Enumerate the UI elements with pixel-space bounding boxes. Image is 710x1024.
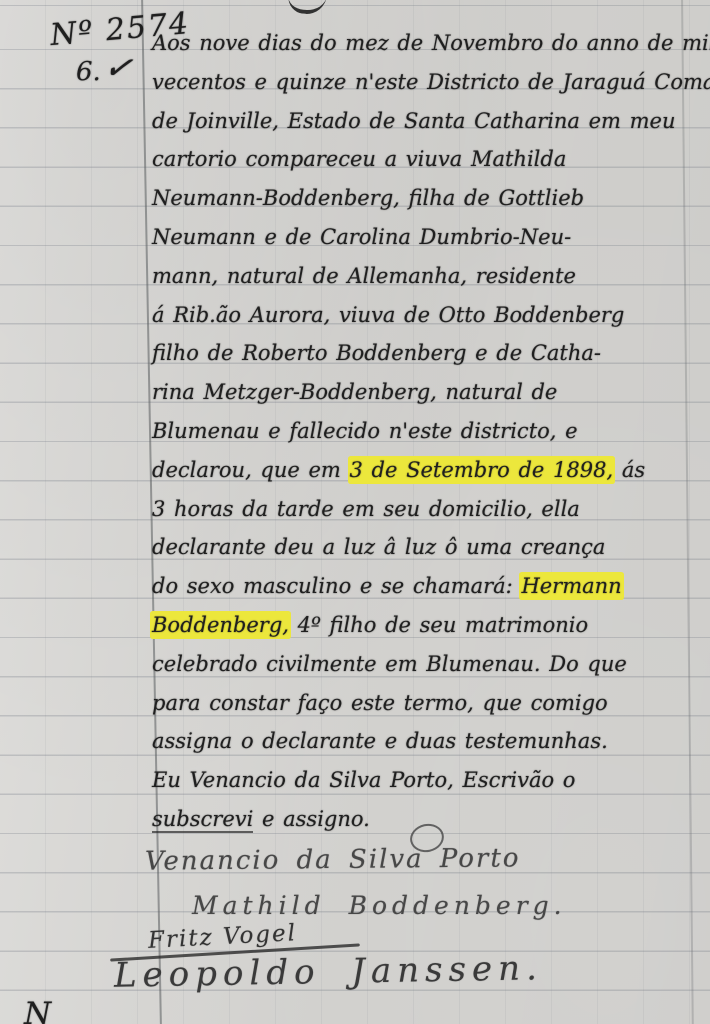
manuscript-line: Blumenau e fallecido n'este districto, e xyxy=(152,414,708,453)
manuscript-text: ás xyxy=(613,458,645,482)
manuscript-line: Neumann-Boddenberg, filha de Gottlieb xyxy=(152,181,708,220)
manuscript-text: 4º filho de seu matrimonio xyxy=(289,613,588,637)
manuscript-line: 3 horas da tarde em seu domicilio, ella xyxy=(152,492,708,531)
signature-leopoldo-janssen: Leopoldo Janssen. xyxy=(114,948,543,995)
signature-venancio-da-silva-porto: Venancio da Silva Porto xyxy=(145,843,521,876)
manuscript-line: Neumann e de Carolina Dumbrio-Neu- xyxy=(152,220,708,259)
manuscript-text: para constar faço este termo, que comigo xyxy=(152,691,608,715)
checkmark-icon: ✓ xyxy=(101,46,135,90)
manuscript-line: declarante deu a luz â luz ô uma creança xyxy=(152,530,708,569)
manuscript-line: cartorio compareceu a viuva Mathilda xyxy=(152,142,708,181)
manuscript-text: rina Metzger-Boddenberg, natural de xyxy=(152,380,557,404)
manuscript-text: celebrado civilmente em Blumenau. Do que xyxy=(152,652,627,676)
manuscript-text: declarante deu a luz â luz ô uma creança xyxy=(152,535,605,559)
register-page-scan: Nº 2574 6. ✓ Aos nove dias do mez de Nov… xyxy=(0,0,710,1024)
manuscript-text: subscrevi xyxy=(152,807,253,833)
manuscript-text: filho de Roberto Boddenberg e de Catha- xyxy=(152,341,601,365)
manuscript-text: de Joinville, Estado de Santa Catharina … xyxy=(152,109,676,133)
manuscript-line: do sexo masculino e se chamará: Hermann xyxy=(152,569,708,608)
manuscript-text: mann, natural de Allemanha, residente xyxy=(152,264,576,288)
manuscript-text: declarou, que em xyxy=(152,458,350,482)
manuscript-lines: Aos nove dias do mez de Novembro do anno… xyxy=(152,26,708,841)
margin-note: 6. xyxy=(76,57,101,87)
manuscript-text: do sexo masculino e se chamará: xyxy=(152,574,521,598)
manuscript-line: celebrado civilmente em Blumenau. Do que xyxy=(152,647,708,686)
manuscript-line: Boddenberg, 4º filho de seu matrimonio xyxy=(152,608,708,647)
manuscript-line: para constar faço este termo, que comigo xyxy=(152,686,708,725)
manuscript-text: Blumenau e fallecido n'este districto, e xyxy=(152,419,578,443)
manuscript-text: Aos nove dias do mez de Novembro do anno… xyxy=(152,31,710,55)
manuscript-text: vecentos e quinze n'este Districto de Ja… xyxy=(152,70,710,94)
manuscript-line: á Rib.ão Aurora, viuva de Otto Boddenber… xyxy=(152,298,708,337)
manuscript-text: cartorio compareceu a viuva Mathilda xyxy=(152,147,566,171)
manuscript-text: assigna o declarante e duas testemunhas. xyxy=(152,729,608,753)
manuscript-line: mann, natural de Allemanha, residente xyxy=(152,259,708,298)
manuscript-text: e assigno. xyxy=(253,807,370,831)
signature-mathild-boddenberg: Mathild Boddenberg. xyxy=(192,891,567,920)
manuscript-text: 3 horas da tarde em seu domicilio, ella xyxy=(152,497,580,521)
manuscript-text: Neumann e de Carolina Dumbrio-Neu- xyxy=(152,225,571,249)
next-record-partial: N xyxy=(24,996,51,1024)
manuscript-text: á Rib.ão Aurora, viuva de Otto Boddenber… xyxy=(152,303,624,327)
manuscript-text: Neumann-Boddenberg, filha de Gottlieb xyxy=(152,186,584,210)
manuscript-text: Eu Venancio da Silva Porto, Escrivão o xyxy=(152,768,575,792)
manuscript-line: assigna o declarante e duas testemunhas. xyxy=(152,724,708,763)
cut-off-stroke xyxy=(287,0,327,16)
manuscript-line: vecentos e quinze n'este Districto de Ja… xyxy=(152,65,708,104)
highlighted-text: Hermann xyxy=(521,574,621,598)
manuscript-line: filho de Roberto Boddenberg e de Catha- xyxy=(152,336,708,375)
highlighted-text: 3 de Setembro de 1898, xyxy=(350,458,614,482)
manuscript-line: rina Metzger-Boddenberg, natural de xyxy=(152,375,708,414)
manuscript-line: de Joinville, Estado de Santa Catharina … xyxy=(152,104,708,143)
manuscript-line: Aos nove dias do mez de Novembro do anno… xyxy=(152,26,708,65)
highlighted-text: Boddenberg, xyxy=(152,613,289,637)
manuscript-line: Eu Venancio da Silva Porto, Escrivão o xyxy=(152,763,708,802)
manuscript-line: declarou, que em 3 de Setembro de 1898, … xyxy=(152,453,708,492)
